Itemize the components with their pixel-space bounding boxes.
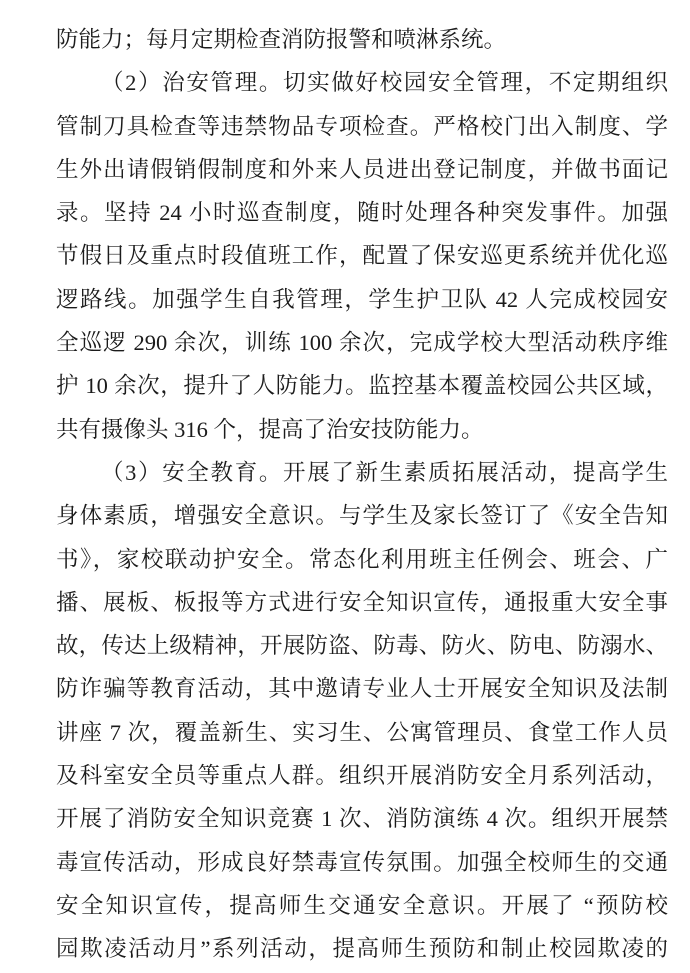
document-page: 防能力；每月定期检查消防报警和喷淋系统。（2）治安管理。切实做好校园安全管理，不…: [0, 0, 690, 973]
text-line: 身体素质，增强安全意识。与学生及家长签订了《安全告知: [56, 494, 668, 537]
text-line: 播、展板、板报等方式进行安全知识宣传，通报重大安全事: [56, 581, 668, 624]
text-line: 讲座 7 次，覆盖新生、实习生、公寓管理员、食堂工作人员: [56, 711, 668, 754]
text-line: 录。坚持 24 小时巡查制度，随时处理各种突发事件。加强: [56, 191, 668, 234]
text-line: 全巡逻 290 余次，训练 100 余次，完成学校大型活动秩序维: [56, 321, 668, 364]
text-line: 逻路线。加强学生自我管理，学生护卫队 42 人完成校园安: [56, 278, 668, 321]
text-line: 防诈骗等教育活动，其中邀请专业人士开展安全知识及法制: [56, 667, 668, 710]
text-line: 书》，家校联动护安全。常态化利用班主任例会、班会、广: [56, 538, 668, 581]
text-line: 护 10 余次，提升了人防能力。监控基本覆盖校园公共区域，: [56, 364, 668, 407]
text-line: 故，传达上级精神，开展防盗、防毒、防火、防电、防溺水、: [56, 624, 668, 667]
text-line: 开展了消防安全知识竞赛 1 次、消防演练 4 次。组织开展禁: [56, 797, 668, 840]
text-line: 管制刀具检查等违禁物品专项检查。严格校门出入制度、学: [56, 105, 668, 148]
text-line: 生外出请假销假制度和外来人员进出登记制度，并做书面记: [56, 148, 668, 191]
text-line: 园欺凌活动月”系列活动，提高师生预防和制止校园欺凌的: [56, 927, 668, 970]
text-line: 毒宣传活动，形成良好禁毒宣传氛围。加强全校师生的交通: [56, 841, 668, 884]
text-line: 及科室安全员等重点人群。组织开展消防安全月系列活动，: [56, 754, 668, 797]
text-line: 防能力；每月定期检查消防报警和喷淋系统。: [56, 18, 668, 61]
text-line: 安全知识宣传，提高师生交通安全意识。开展了 “预防校: [56, 884, 668, 927]
text-line: 共有摄像头 316 个，提高了治安技防能力。: [56, 408, 668, 451]
text-line: 节假日及重点时段值班工作，配置了保安巡更系统并优化巡: [56, 234, 668, 277]
text-line: （3）安全教育。开展了新生素质拓展活动，提高学生: [56, 451, 668, 494]
text-line: （2）治安管理。切实做好校园安全管理，不定期组织: [56, 61, 668, 104]
document-text-body: 防能力；每月定期检查消防报警和喷淋系统。（2）治安管理。切实做好校园安全管理，不…: [56, 18, 668, 971]
